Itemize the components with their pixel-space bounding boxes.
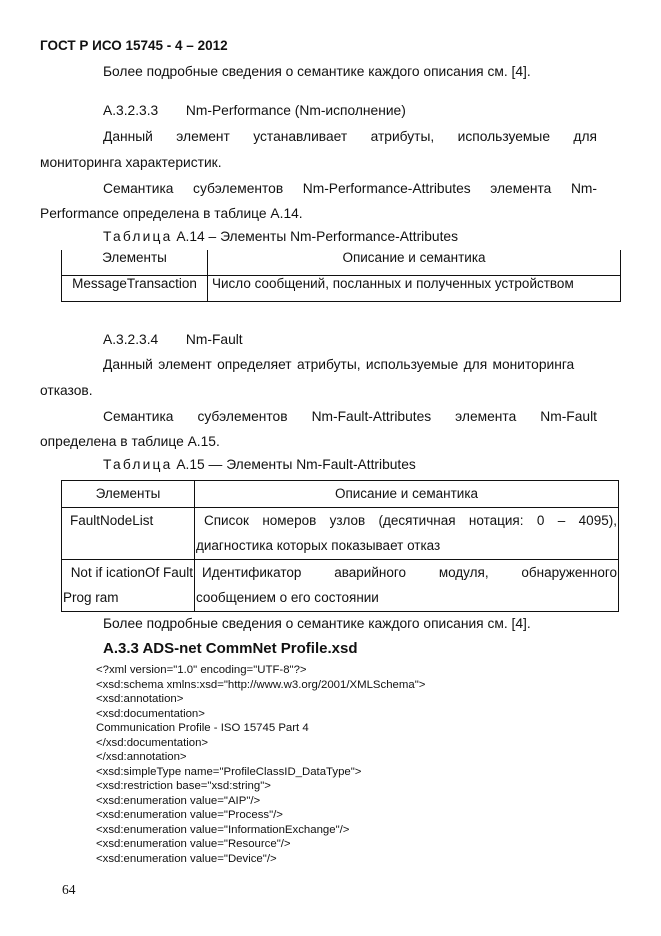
description-line: Идентификатор аварийного модуля, обнаруж… <box>196 560 617 586</box>
word: (десятичная <box>379 508 456 534</box>
element-cell: FaultNodeList <box>62 507 195 559</box>
table-header-row: Элементы Описание и семантика <box>62 250 621 276</box>
code-line: <xsd:documentation> <box>96 707 425 722</box>
code-line: <xsd:simpleType name="ProfileClassID_Dat… <box>96 765 425 780</box>
code-line: <xsd:enumeration value="Resource"/> <box>96 837 425 852</box>
paragraph-line: мониторинга характеристик. <box>40 155 222 171</box>
word: субэлементов <box>193 181 283 197</box>
word: Nm-Fault-Attributes <box>312 409 432 425</box>
paragraph-line: определена в таблице А.15. <box>40 434 220 450</box>
code-line: Communication Profile - ISO 15745 Part 4 <box>96 721 425 736</box>
word: элемента <box>455 409 516 425</box>
header-cell: Элементы <box>62 250 208 276</box>
page-number: 64 <box>62 882 76 898</box>
code-line: </xsd:documentation> <box>96 736 425 751</box>
code-line: <xsd:enumeration value="AIP"/> <box>96 794 425 809</box>
table-header-row: Элементы Описание и семантика <box>62 481 619 508</box>
word: – <box>558 508 566 534</box>
table-row: FaultNodeList Список номеров узлов (деся… <box>62 507 619 559</box>
table-a14: Элементы Описание и семантика MessageTra… <box>61 250 621 302</box>
word: 0 <box>537 508 545 534</box>
caption-prefix: Таблица <box>103 457 173 472</box>
word: Nm-Performance-Attributes <box>303 181 471 197</box>
table-caption-a15: Таблица А.15 — Элементы Nm-Fault-Attribu… <box>103 457 416 473</box>
element-name: FaultNodeList <box>70 508 190 534</box>
section-heading-a3234: A.3.2.3.4 Nm-Fault <box>103 332 243 348</box>
word: Список <box>204 508 249 534</box>
header-cell: Элементы <box>62 481 195 508</box>
table-row: Not if icationOf Fault Prog ram Идентифи… <box>62 559 619 611</box>
word: Идентификатор <box>202 560 301 586</box>
caption-text: А.14 – Элементы Nm-Performance-Attribute… <box>176 229 458 244</box>
word: номеров <box>262 508 316 534</box>
element-name-cont <box>70 533 190 559</box>
code-line: <?xml version="1.0" encoding="UTF-8"?> <box>96 663 425 678</box>
word: 4095), <box>579 508 617 534</box>
word: для <box>573 129 597 145</box>
section-title: Nm-Performance (Nm-исполнение) <box>186 103 406 118</box>
table-a15: Элементы Описание и семантика FaultNodeL… <box>61 480 619 612</box>
reference-paragraph: Более подробные сведения о семантике каж… <box>103 616 531 632</box>
document-header: ГОСТ Р ИСО 15745 - 4 – 2012 <box>40 38 228 53</box>
word: узлов <box>330 508 366 534</box>
word: Семантика <box>103 181 173 197</box>
paragraph-text: Данный элемент определяет атрибуты, испо… <box>103 357 574 373</box>
element-cell: MessageTransaction <box>62 276 208 302</box>
element-name-cont: Prog ram <box>63 585 193 611</box>
word: элемент <box>176 129 230 145</box>
word: атрибуты, <box>371 129 435 145</box>
section-heading-a3233: A.3.2.3.3 Nm-Performance (Nm-исполнение) <box>103 103 406 119</box>
section-number: A.3.2.3.4 <box>103 332 158 347</box>
description-cell: Список номеров узлов (десятичная нотация… <box>195 507 619 559</box>
element-cell: Not if icationOf Fault Prog ram <box>62 559 195 611</box>
word: Семантика <box>103 409 173 425</box>
word: Nm-Fault <box>540 409 597 425</box>
code-line: <xsd:enumeration value="InformationExcha… <box>96 823 425 838</box>
code-line: <xsd:enumeration value="Device"/> <box>96 852 425 867</box>
description-line: диагностика которых показывает отказ <box>196 533 617 559</box>
header-cell: Описание и семантика <box>208 250 621 276</box>
word: обнаруженного <box>521 560 617 586</box>
word: нотация: <box>469 508 524 534</box>
section-title: Nm-Fault <box>186 332 243 347</box>
paragraph-line: отказов. <box>40 383 93 399</box>
code-line: <xsd:restriction base="xsd:string"> <box>96 779 425 794</box>
paragraph-line: Данный элемент устанавливает атрибуты, и… <box>103 129 597 145</box>
xsd-code-listing: <?xml version="1.0" encoding="UTF-8"?> <… <box>96 663 425 866</box>
reference-paragraph: Более подробные сведения о семантике каж… <box>103 64 531 80</box>
table-caption-a14: Таблица А.14 – Элементы Nm-Performance-A… <box>103 229 458 245</box>
paragraph-line: Семантика субэлементов Nm-Performance-At… <box>103 181 597 197</box>
code-line: <xsd:schema xmlns:xsd="http://www.w3.org… <box>96 678 425 693</box>
table-row: MessageTransaction Число сообщений, посл… <box>62 276 621 302</box>
description-cell: Число сообщений, посланных и полученных … <box>208 276 621 302</box>
word: Nm- <box>571 181 597 197</box>
header-cell: Описание и семантика <box>195 481 619 508</box>
section-heading-a33: A.3.3 ADS-net CommNet Profile.xsd <box>103 640 358 657</box>
paragraph-line: Данный элемент определяет атрибуты, испо… <box>103 357 597 373</box>
element-name: Not if icationOf Fault <box>63 560 193 586</box>
description-line: Список номеров узлов (десятичная нотация… <box>196 508 617 534</box>
word: аварийного <box>334 560 406 586</box>
word: модуля, <box>439 560 489 586</box>
word: Данный <box>103 129 153 145</box>
caption-prefix: Таблица <box>103 229 173 244</box>
paragraph-line: Performance определена в таблице А.14. <box>40 206 303 222</box>
section-number: A.3.2.3.3 <box>103 103 158 118</box>
code-line: <xsd:enumeration value="Process"/> <box>96 808 425 823</box>
word: элемента <box>490 181 551 197</box>
word: устанавливает <box>253 129 347 145</box>
caption-text: А.15 — Элементы Nm-Fault-Attributes <box>176 457 415 472</box>
code-line: <xsd:annotation> <box>96 692 425 707</box>
code-line: </xsd:annotation> <box>96 750 425 765</box>
description-cell: Идентификатор аварийного модуля, обнаруж… <box>195 559 619 611</box>
word: субэлементов <box>197 409 287 425</box>
paragraph-line: Семантика субэлементов Nm-Fault-Attribut… <box>103 409 597 425</box>
description-line: сообщением о его состоянии <box>196 585 617 611</box>
word: используемые <box>458 129 550 145</box>
